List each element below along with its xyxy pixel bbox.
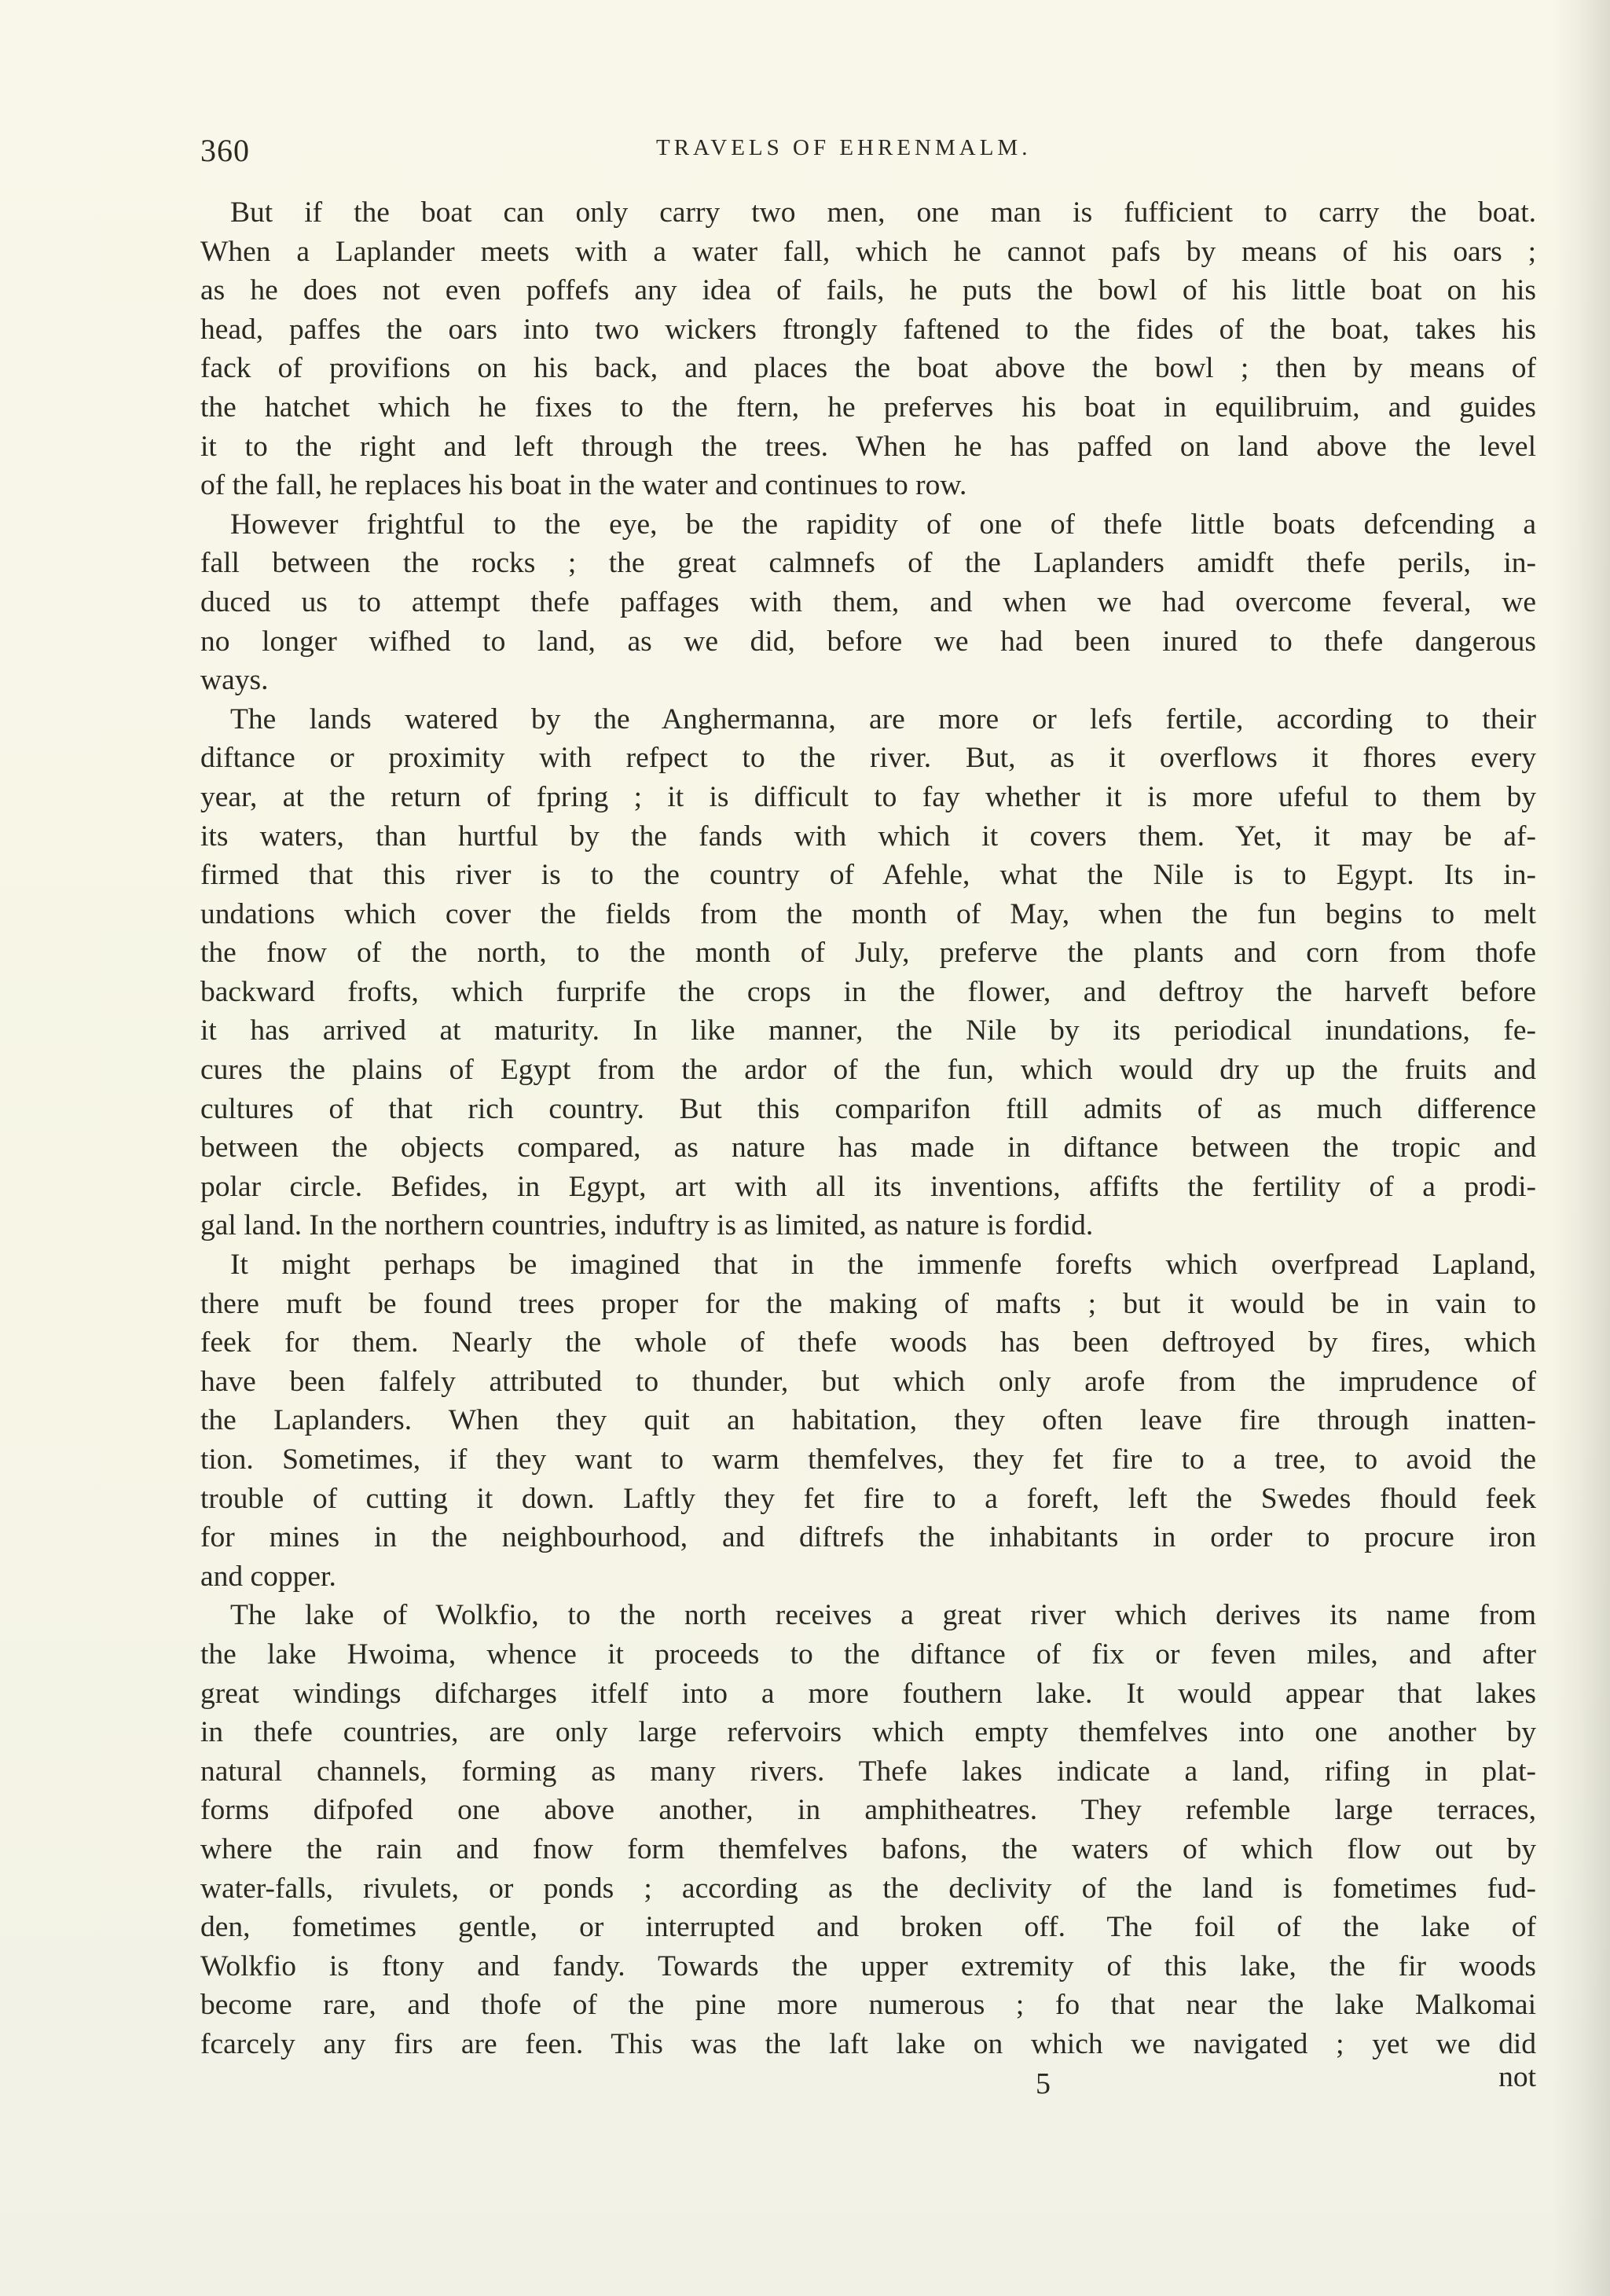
text-line: of the fall, he replaces his boat in the…	[200, 466, 1536, 505]
text-line: undations which cover the fields from th…	[200, 895, 1536, 934]
text-line: fall between the rocks ; the great calmn…	[200, 544, 1536, 583]
text-line: the lake Hwoima, whence it proceeds to t…	[200, 1635, 1536, 1674]
text-line: trouble of cutting it down. Laftly they …	[200, 1480, 1536, 1519]
text-line: the hatchet which he fixes to the ftern,…	[200, 388, 1536, 427]
text-line: Wolkfio is ftony and fandy. Towards the …	[200, 1947, 1536, 1986]
paragraph: The lake of Wolkfio, to the north receiv…	[200, 1596, 1536, 2063]
body-text: But if the boat can only carry two men, …	[200, 193, 1536, 2064]
text-line: The lands watered by the Anghermanna, ar…	[200, 700, 1536, 739]
text-line: its waters, than hurtful by the fands wi…	[200, 817, 1536, 856]
text-line: it to the right and left through the tre…	[200, 427, 1536, 467]
text-line: fack of provifions on his back, and plac…	[200, 349, 1536, 388]
page-number: 360	[200, 132, 250, 169]
text-line: cultures of that rich country. But this …	[200, 1090, 1536, 1129]
text-line: for mines in the neighbourhood, and dift…	[200, 1518, 1536, 1557]
text-line: have been falfely attributed to thunder,…	[200, 1363, 1536, 1402]
text-line: and copper.	[200, 1557, 1536, 1597]
catchword: not	[1498, 2060, 1536, 2094]
text-line: as he does not even poffefs any idea of …	[200, 271, 1536, 310]
text-line: backward frofts, which furprife the crop…	[200, 973, 1536, 1012]
text-line: The lake of Wolkfio, to the north receiv…	[200, 1596, 1536, 1635]
signature-mark: 5	[1036, 2067, 1051, 2101]
text-line: become rare, and thofe of the pine more …	[200, 1986, 1536, 2025]
paragraph: But if the boat can only carry two men, …	[200, 193, 1536, 505]
text-line: When a Laplander meets with a water fall…	[200, 233, 1536, 272]
text-line: great windings difcharges itfelf into a …	[200, 1674, 1536, 1714]
text-line: head, paffes the oars into two wickers f…	[200, 310, 1536, 350]
text-line: there muft be found trees proper for the…	[200, 1285, 1536, 1324]
text-line: den, fometimes gentle, or interrupted an…	[200, 1908, 1536, 1947]
paragraph: It might perhaps be imagined that in the…	[200, 1245, 1536, 1596]
text-line: It might perhaps be imagined that in the…	[200, 1245, 1536, 1285]
text-line: where the rain and fnow form themfelves …	[200, 1830, 1536, 1869]
text-line: feek for them. Nearly the whole of thefe…	[200, 1323, 1536, 1363]
text-line: the fnow of the north, to the month of J…	[200, 933, 1536, 973]
text-line: fcarcely any firs are feen. This was the…	[200, 2025, 1536, 2064]
text-line: ways.	[200, 661, 1536, 700]
text-line: year, at the return of fpring ; it is di…	[200, 778, 1536, 817]
text-line: firmed that this river is to the country…	[200, 856, 1536, 895]
text-line: tion. Sometimes, if they want to warm th…	[200, 1440, 1536, 1480]
text-line: it has arrived at maturity. In like mann…	[200, 1011, 1536, 1051]
text-line: forms difpofed one above another, in amp…	[200, 1791, 1536, 1830]
text-line: the Laplanders. When they quit an habita…	[200, 1401, 1536, 1440]
text-line: no longer wifhed to land, as we did, bef…	[200, 622, 1536, 662]
text-line: polar circle. Befides, in Egypt, art wit…	[200, 1168, 1536, 1207]
text-line: natural channels, forming as many rivers…	[200, 1752, 1536, 1792]
text-line: But if the boat can only carry two men, …	[200, 193, 1536, 233]
paragraph: However frightful to the eye, be the rap…	[200, 505, 1536, 700]
running-head: TRAVELS OF EHRENMALM.	[656, 135, 1031, 161]
text-line: However frightful to the eye, be the rap…	[200, 505, 1536, 545]
text-line: between the objects compared, as nature …	[200, 1128, 1536, 1168]
text-line: in thefe countries, are only large refer…	[200, 1713, 1536, 1752]
text-line: diftance or proximity with refpect to th…	[200, 739, 1536, 778]
paragraph: The lands watered by the Anghermanna, ar…	[200, 700, 1536, 1245]
text-line: water-falls, rivulets, or ponds ; accord…	[200, 1869, 1536, 1909]
text-line: duced us to attempt thefe paffages with …	[200, 583, 1536, 622]
text-line: gal land. In the northern countries, ind…	[200, 1206, 1536, 1245]
text-line: cures the plains of Egypt from the ardor…	[200, 1051, 1536, 1090]
